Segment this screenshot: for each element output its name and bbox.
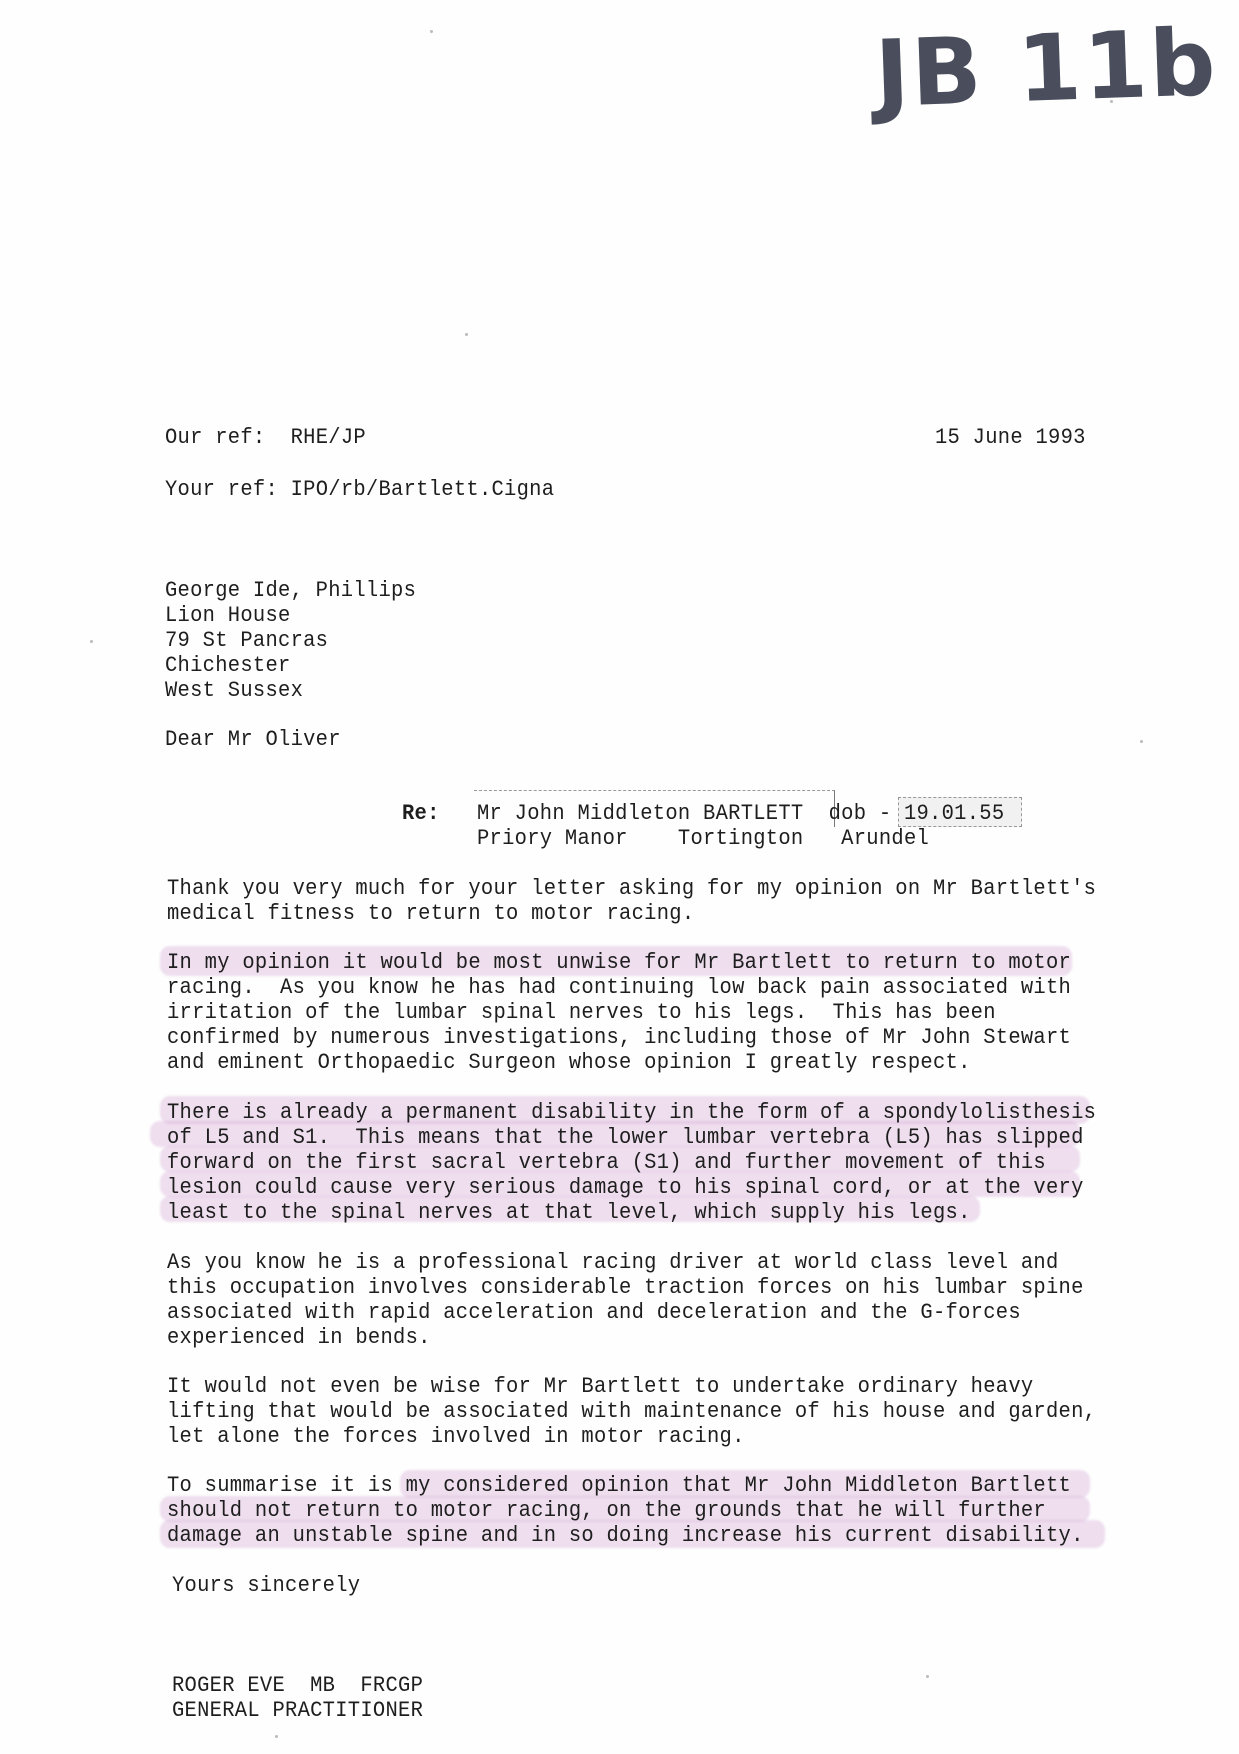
re-patient-line: Mr John Middleton BARTLETT dob - 19.01.5…	[477, 801, 1004, 826]
body-paragraph: As you know he is a professional racing …	[167, 1250, 1084, 1350]
recipient-address: George Ide, Phillips Lion House 79 St Pa…	[165, 553, 416, 703]
letter-page: JB 11b Our ref: RHE/JP 15 June 1993 Your…	[0, 0, 1239, 1754]
scan-speck	[926, 1675, 929, 1678]
signatory-title: GENERAL PRACTITIONER	[172, 1698, 423, 1723]
scan-speck	[275, 1735, 278, 1738]
scan-speck	[1140, 740, 1143, 743]
our-ref-label: Our ref:	[165, 425, 265, 450]
letter-date: 15 June 1993	[935, 425, 1086, 450]
your-ref-label: Your ref:	[165, 477, 278, 502]
signature-block: ROGER EVE MB FRCGP GENERAL PRACTITIONER	[172, 1673, 423, 1723]
scan-speck	[1110, 100, 1113, 103]
re-label: Re:	[402, 801, 440, 826]
scan-speck	[430, 30, 433, 33]
re-address-line: Priory Manor Tortington Arundel	[477, 826, 929, 851]
body-paragraph: Thank you very much for your letter aski…	[167, 876, 1096, 926]
address-line: 79 St Pancras	[165, 628, 328, 653]
body-paragraph: There is already a permanent disability …	[167, 1100, 1096, 1225]
scan-speck	[465, 333, 468, 336]
scan-speck	[90, 640, 93, 643]
body-paragraph: It would not even be wise for Mr Bartlet…	[167, 1374, 1096, 1449]
signatory-name: ROGER EVE MB FRCGP	[172, 1673, 423, 1698]
address-line: West Sussex	[165, 678, 303, 703]
address-line: Chichester	[165, 653, 291, 678]
address-line: Lion House	[165, 603, 291, 628]
re-subject: Mr John Middleton BARTLETT dob - 19.01.5…	[477, 801, 1004, 851]
our-reference: Our ref: RHE/JP	[165, 425, 366, 450]
address-line: George Ide, Phillips	[165, 578, 416, 603]
your-reference: Your ref: IPO/rb/Bartlett.Cigna	[165, 477, 554, 502]
salutation: Dear Mr Oliver	[165, 727, 341, 752]
closing: Yours sincerely	[172, 1573, 360, 1598]
handwritten-reference-mark: JB 11b	[873, 9, 1219, 128]
body-paragraph: To summarise it is my considered opinion…	[167, 1473, 1084, 1548]
your-ref-value: IPO/rb/Bartlett.Cigna	[291, 477, 555, 502]
our-ref-value: RHE/JP	[291, 425, 366, 450]
body-paragraph: In my opinion it would be most unwise fo…	[167, 950, 1071, 1075]
